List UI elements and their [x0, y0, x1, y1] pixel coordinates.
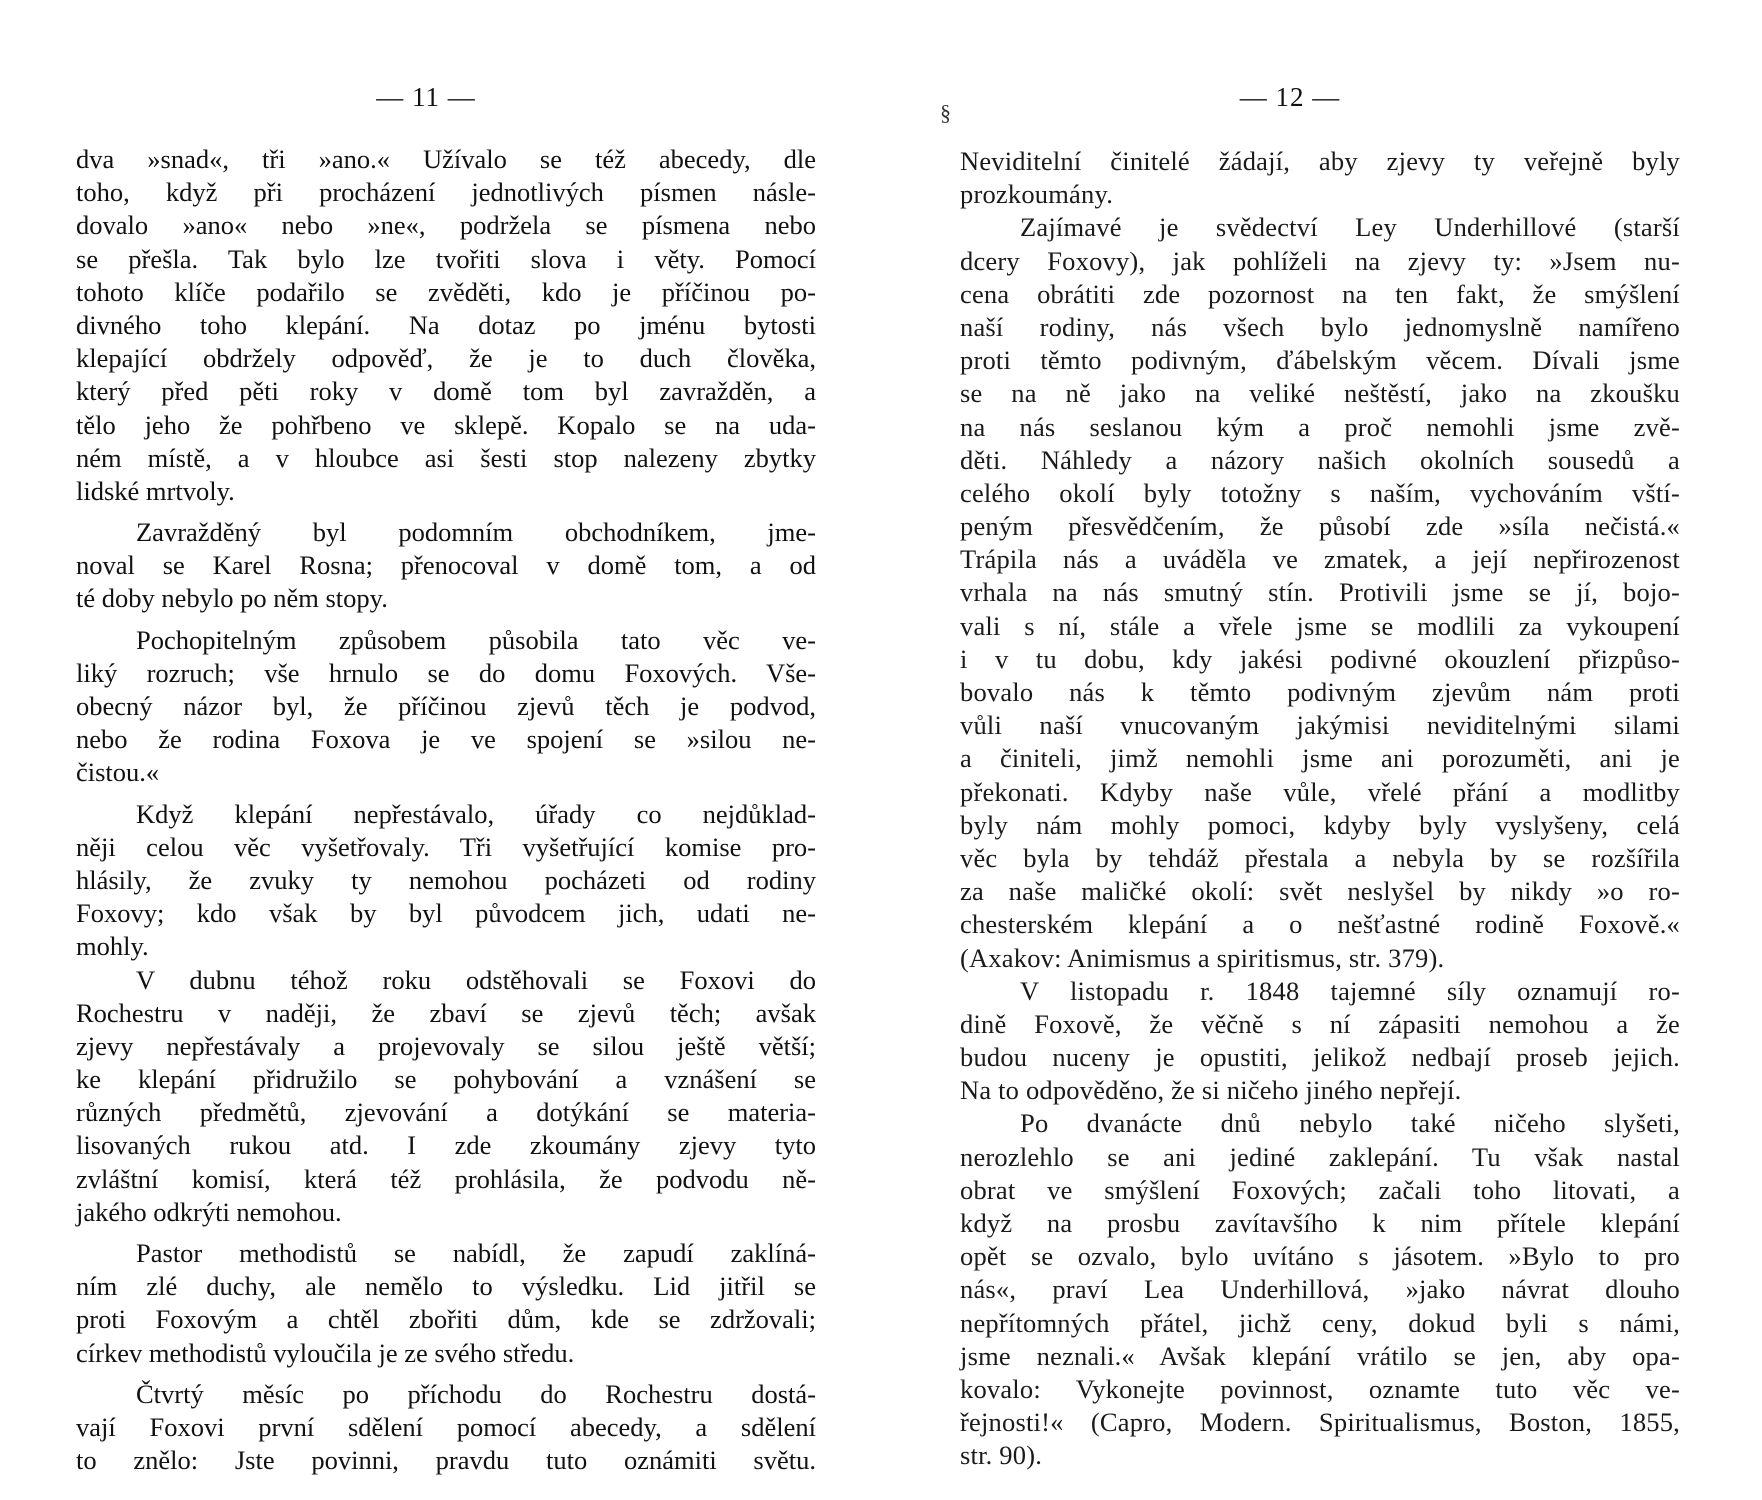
text-line: obrat ve smýšlení Foxových; začali toho …	[960, 1174, 1680, 1207]
text-line: se přešla. Tak bylo lze tvořiti slova i …	[76, 243, 816, 276]
text-line: církev methodistů vyloučila je ze svého …	[76, 1337, 816, 1370]
text-line: zvláštní komisí, která též prohlásila, ž…	[76, 1163, 816, 1196]
text-line: liký rozruch; vše hrnulo se do domu Foxo…	[76, 657, 816, 690]
text-line: Po dvanácte dnů nebylo také ničeho slyše…	[960, 1107, 1680, 1140]
text-line: nepřítomných přátel, jichž ceny, dokud b…	[960, 1307, 1680, 1340]
text-line: ke klepání přidružilo se pohybování a vz…	[76, 1063, 816, 1096]
text-line: mohly.	[76, 930, 816, 963]
text-line: hlásily, že zvuky ty nemohou pocházeti o…	[76, 864, 816, 897]
text-line: divného toho klepání. Na dotaz po jménu …	[76, 309, 816, 342]
text-line: klepající obdržely odpověď, že je to duc…	[76, 342, 816, 375]
text-line: nerozlehlo se ani jediné zaklepání. Tu v…	[960, 1141, 1680, 1174]
text-line: a činiteli, jimž nemohli jsme ani porozu…	[960, 742, 1680, 775]
text-line: různých předmětů, zjevování a dotýkání s…	[76, 1096, 816, 1129]
text-line: tohoto klíče podařilo se zvěděti, kdo je…	[76, 276, 816, 309]
text-line: Neviditelní činitelé žádají, aby zjevy t…	[960, 145, 1680, 178]
text-line: toho, když při procházení jednotlivých p…	[76, 176, 816, 209]
text-line: se na ně jako na veliké neštěstí, jako n…	[960, 377, 1680, 410]
text-line: Na to odpověděno, že si ničeho jiného ne…	[960, 1074, 1680, 1107]
text-line: jakého odkrýti nemohou.	[76, 1196, 816, 1229]
text-line: nebo že rodina Foxova je ve spojení se »…	[76, 723, 816, 756]
text-line: dcery Foxovy), jak pohlíželi na zjevy ty…	[960, 245, 1680, 278]
text-line: V dubnu téhož roku odstěhovali se Foxovi…	[76, 964, 816, 997]
text-line: bovalo nás k těmto podivným zjevům nám p…	[960, 676, 1680, 709]
text-line: kovalo: Vykonejte povinnost, oznamte tut…	[960, 1373, 1680, 1406]
text-line: Foxovy; kdo však by byl původcem jich, u…	[76, 897, 816, 930]
text-line: budou nuceny je opustiti, jelikož nedbaj…	[960, 1041, 1680, 1074]
text-line: ném místě, a v hloubce asi šesti stop na…	[76, 442, 816, 475]
text-line: za naše maličké okolí: svět neslyšel by …	[960, 875, 1680, 908]
text-line: Čtvrtý měsíc po příchodu do Rochestru do…	[76, 1378, 816, 1411]
text-line: naší rodiny, nás všech bylo jednomyslně …	[960, 311, 1680, 344]
text-line: Pochopitelným způsobem působila tato věc…	[76, 624, 816, 657]
text-line: Rochestru v naději, že zbaví se zjevů tě…	[76, 997, 816, 1030]
page-body: dva »snad«, tři »ano.« Užívalo se též ab…	[76, 143, 816, 1477]
text-line: celého okolí byly totožny s naším, vycho…	[960, 477, 1680, 510]
text-line: opět se ozvalo, bylo uvítáno s jásotem. …	[960, 1240, 1680, 1273]
text-line: dovalo »ano« nebo »ne«, podržela se písm…	[76, 209, 816, 242]
text-line: čistou.«	[76, 756, 816, 789]
page-body: Neviditelní činitelé žádají, aby zjevy t…	[960, 145, 1680, 1473]
text-line: Trápila nás a uváděla ve zmatek, a její …	[960, 543, 1680, 576]
text-line: když na prosbu zavítavšího k nim přítele…	[960, 1207, 1680, 1240]
text-line: chesterském klepání a o nešťastné rodině…	[960, 908, 1680, 941]
text-line: který před pěti roky v domě tom byl zavr…	[76, 375, 816, 408]
text-line: (Axakov: Animismus a spiritismus, str. 3…	[960, 942, 1680, 975]
text-line: to znělo: Jste povinni, pravdu tuto ozná…	[76, 1444, 816, 1477]
text-line: nás«, praví Lea Underhillová, »jako návr…	[960, 1273, 1680, 1306]
text-line: tělo jeho že pohřbeno ve sklepě. Kopalo …	[76, 409, 816, 442]
text-line: Zajímavé je svědectví Ley Underhillové (…	[960, 211, 1680, 244]
text-line: byly nám mohly pomoci, kdyby byly vyslyš…	[960, 809, 1680, 842]
text-line: lidské mrtvoly.	[76, 475, 816, 508]
text-line: té doby nebylo po něm stopy.	[76, 582, 816, 615]
text-line: V listopadu r. 1848 tajemné síly oznamuj…	[960, 975, 1680, 1008]
text-line: řejnosti!« (Capro, Modern. Spiritualismu…	[960, 1406, 1680, 1439]
text-line: děti. Náhledy a názory našich okolních s…	[960, 444, 1680, 477]
page-number: — 11 —	[56, 82, 796, 113]
text-line: ním zlé duchy, ale nemělo to výsledku. L…	[76, 1270, 816, 1303]
text-line: překonati. Kdyby naše vůle, vřelé přání …	[960, 776, 1680, 809]
text-line: vůli naší vnucovaným jakýmisi neviditeln…	[960, 709, 1680, 742]
text-line: Zavražděný byl podomním obchodníkem, jme…	[76, 516, 816, 549]
text-line: vají Foxovi první sdělení pomocí abecedy…	[76, 1411, 816, 1444]
text-line: věc byla by tehdáž přestala a nebyla by …	[960, 842, 1680, 875]
text-line: vrhala na nás smutný stín. Protivili jsm…	[960, 576, 1680, 609]
text-line: lisovaných rukou atd. I zde zkoumány zje…	[76, 1129, 816, 1162]
text-line: i v tu dobu, kdy jakési podivné okouzlen…	[960, 643, 1680, 676]
text-line: obecný názor byl, že příčinou zjevů těch…	[76, 690, 816, 723]
text-line: Když klepání nepřestávalo, úřady co nejd…	[76, 798, 816, 831]
text-line: něji celou věc vyšetřovaly. Tři vyšetřuj…	[76, 831, 816, 864]
text-line: vali s ní, stále a vřele jsme se modlili…	[960, 610, 1680, 643]
text-line: dině Foxově, že věčně s ní zápasiti nemo…	[960, 1008, 1680, 1041]
text-line: zjevy nepřestávaly a projevovaly se silo…	[76, 1030, 816, 1063]
text-line: proti Foxovým a chtěl zbořiti dům, kde s…	[76, 1303, 816, 1336]
text-line: cena obrátiti zde pozornost na ten fakt,…	[960, 278, 1680, 311]
text-line: jsme neznali.« Avšak klepání vrátilo se …	[960, 1340, 1680, 1373]
page-number: — 12 —	[930, 82, 1650, 113]
text-line: str. 90).	[960, 1439, 1680, 1472]
text-line: proti těmto podivným, ďábelským věcem. D…	[960, 344, 1680, 377]
text-line: Pastor methodistů se nabídl, že zapudí z…	[76, 1237, 816, 1270]
text-line: prozkoumány.	[960, 178, 1680, 211]
text-line: dva »snad«, tři »ano.« Užívalo se též ab…	[76, 143, 816, 176]
text-line: peným přesvědčením, že působí zde »síla …	[960, 510, 1680, 543]
text-line: noval se Karel Rosna; přenocoval v domě …	[76, 549, 816, 582]
text-line: na nás seslanou kým a proč nemohli jsme …	[960, 411, 1680, 444]
